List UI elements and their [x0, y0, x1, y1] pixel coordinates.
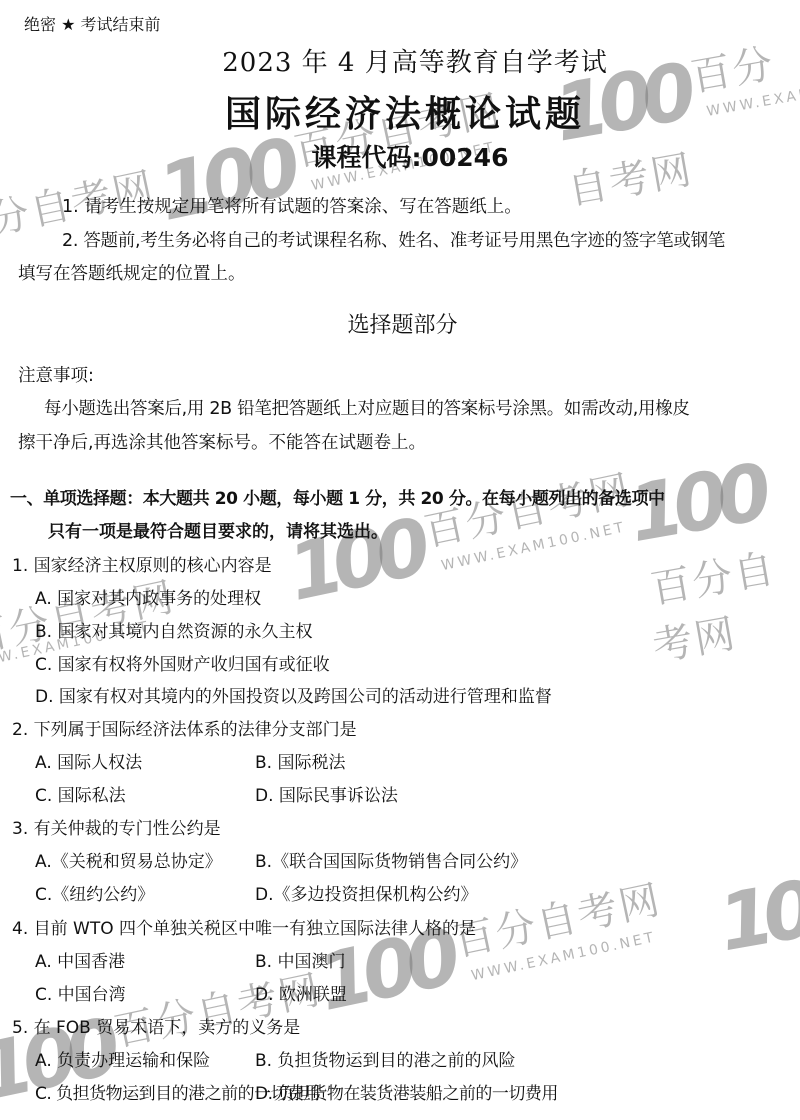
question-3-option-b: B.《联合国国际货物销售合同公约》	[255, 847, 527, 872]
section-title: 选择题部分	[0, 308, 800, 339]
question-1-option-c: C. 国家有权将外国财产收归国有或征收	[35, 650, 330, 675]
question-1-option-b: B. 国家对其境内自然资源的永久主权	[35, 617, 312, 642]
question-3-option-d: D.《多边投资担保机构公约》	[255, 880, 478, 905]
question-1-option-d: D. 国家有权对其境内的外国投资以及跨国公司的活动进行管理和监督	[35, 682, 552, 707]
question-4-option-c: C. 中国台湾	[35, 980, 126, 1005]
question-2-option-c: C. 国际私法	[35, 781, 126, 806]
confidential-label: 绝密 ★ 考试结束前	[24, 12, 161, 35]
watermark-logo: 100百分自考网	[622, 444, 800, 673]
part1-heading-cont: 只有一项是最符合题目要求的，请将其选出。	[48, 517, 388, 542]
question-3-stem: 3. 有关仲裁的专门性公约是	[12, 814, 221, 839]
question-1-stem: 1. 国家经济主权原则的核心内容是	[12, 551, 272, 576]
question-5-stem: 5. 在 FOB 贸易术语下，卖方的义务是	[12, 1013, 300, 1038]
question-4-option-b: B. 中国澳门	[255, 947, 345, 972]
part1-heading: 一、单项选择题：本大题共 20 小题，每小题 1 分，共 20 分。在每小题列出…	[10, 484, 665, 509]
subject-title: 国际经济法概论试题	[0, 86, 800, 137]
question-3-option-a: A.《关税和贸易总协定》	[35, 847, 222, 872]
instruction-2-cont: 填写在答题纸规定的位置上。	[18, 260, 246, 285]
question-2-option-b: B. 国际税法	[255, 748, 345, 773]
question-4-option-a: A. 中国香港	[35, 947, 125, 972]
question-5-option-b: B. 负担货物运到目的港之前的风险	[255, 1046, 515, 1071]
question-4-option-d: D. 欧洲联盟	[255, 980, 347, 1005]
question-2-stem: 2. 下列属于国际经济法体系的法律分支部门是	[12, 715, 357, 740]
watermark-logo: 100	[712, 858, 800, 970]
notice-line-1: 每小题选出答案后,用 2B 铅笔把答题纸上对应题目的答案标号涂黑。如需改动,用橡…	[44, 395, 690, 420]
notice-line-2: 擦干净后,再选涂其他答案标号。不能答在试题卷上。	[18, 429, 426, 454]
question-3-option-c: C.《纽约公约》	[35, 880, 154, 905]
notice-label: 注意事项:	[18, 362, 94, 387]
question-2-option-a: A. 国际人权法	[35, 748, 142, 773]
exam-title: 2023 年 4 月高等教育自学考试	[0, 42, 800, 79]
question-2-option-d: D. 国际民事诉讼法	[255, 781, 398, 806]
instruction-2: 2. 答题前,考生务必将自己的考试课程名称、姓名、准考证号用黑色字迹的签字笔或钢…	[62, 227, 725, 252]
question-4-stem: 4. 目前 WTO 四个单独关税区中唯一有独立国际法律人格的是	[12, 914, 476, 939]
instruction-1: 1. 请考生按规定用笔将所有试题的答案涂、写在答题纸上。	[62, 193, 522, 218]
exam-page: 100百分自考网 WWW.EXAM100.NET 100百分自考网 WWW.EX…	[0, 0, 800, 1120]
question-5-option-a: A. 负责办理运输和保险	[35, 1046, 210, 1071]
question-5-option-d: D. 负担货物在装货港装船之前的一切费用	[255, 1079, 558, 1104]
course-code: 课程代码:00246	[0, 138, 800, 174]
question-1-option-a: A. 国家对其内政事务的处理权	[35, 584, 261, 609]
